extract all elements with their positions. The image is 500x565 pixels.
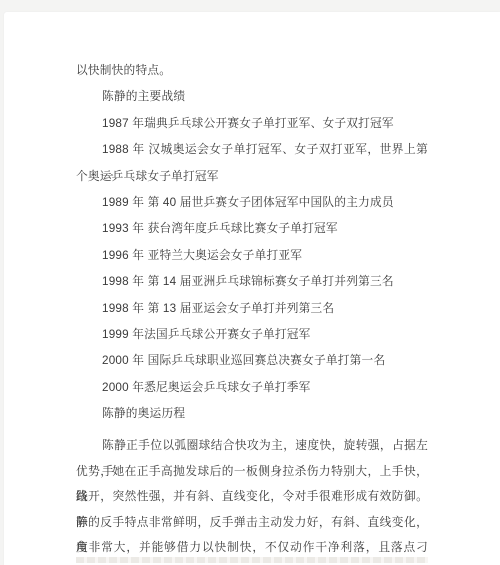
article-page: 以快制快的特点。陈静的主要战绩1987 年瑞典乒乓球公开赛女子单打亚军、女子双打… [4, 12, 500, 565]
text-line: 陈静的奥运历程 [76, 401, 428, 427]
text-line: 1988 年 汉城奥运会女子单打冠军、女子双打亚军，世界上第一 [76, 137, 428, 163]
text-line: 1998 年 第 14 届亚洲乒乓球锦标赛女子单打并列第三名 [76, 269, 428, 295]
text-line: 1998 年 第 13 届亚运会女子单打并列第三名 [76, 296, 428, 322]
text-line: 陈静正手位以弧圈球结合快攻为主，速度快，旋转强，占据左手 [76, 433, 428, 459]
text-line: 静的反手特点非常鲜明，反手弹击主动发力好，有斜、直线变化，角 [76, 510, 428, 536]
clipped-text-line [76, 557, 428, 563]
text-line: 1999 年法国乒乓球公开赛女子单打冠军 [76, 322, 428, 348]
text-line: 优势，她在正手高抛发球后的一板侧身拉杀伤力特别大，上手快，线 [76, 459, 428, 485]
article-content: 以快制快的特点。陈静的主要战绩1987 年瑞典乒乓球公开赛女子单打亚军、女子双打… [76, 58, 428, 561]
text-line: 1989 年 第 40 届世乒赛女子团体冠军中国队的主力成员 [76, 190, 428, 216]
text-line: 1987 年瑞典乒乓球公开赛女子单打亚军、女子双打冠军 [76, 111, 428, 137]
text-line: 1993 年 获台湾年度乒乓球比赛女子单打冠军 [76, 216, 428, 242]
browser-viewport: 以快制快的特点。陈静的主要战绩1987 年瑞典乒乓球公开赛女子单打亚军、女子双打… [0, 0, 500, 565]
text-line: 个奥运乒乓球女子单打冠军 [76, 164, 428, 190]
text-line: 陈静的主要战绩 [76, 84, 428, 110]
text-line: 路开，突然性强，并有斜、直线变化，令对手很难形成有效防御。陈 [76, 484, 428, 510]
text-line: 以快制快的特点。 [76, 58, 428, 84]
text-line: 1996 年 亚特兰大奥运会女子单打亚军 [76, 243, 428, 269]
text-line: 2000 年 国际乒乓球职业巡回赛总决赛女子单打第一名 [76, 348, 428, 374]
text-line: 2000 年悉尼奥运会乒乓球女子单打季军 [76, 375, 428, 401]
